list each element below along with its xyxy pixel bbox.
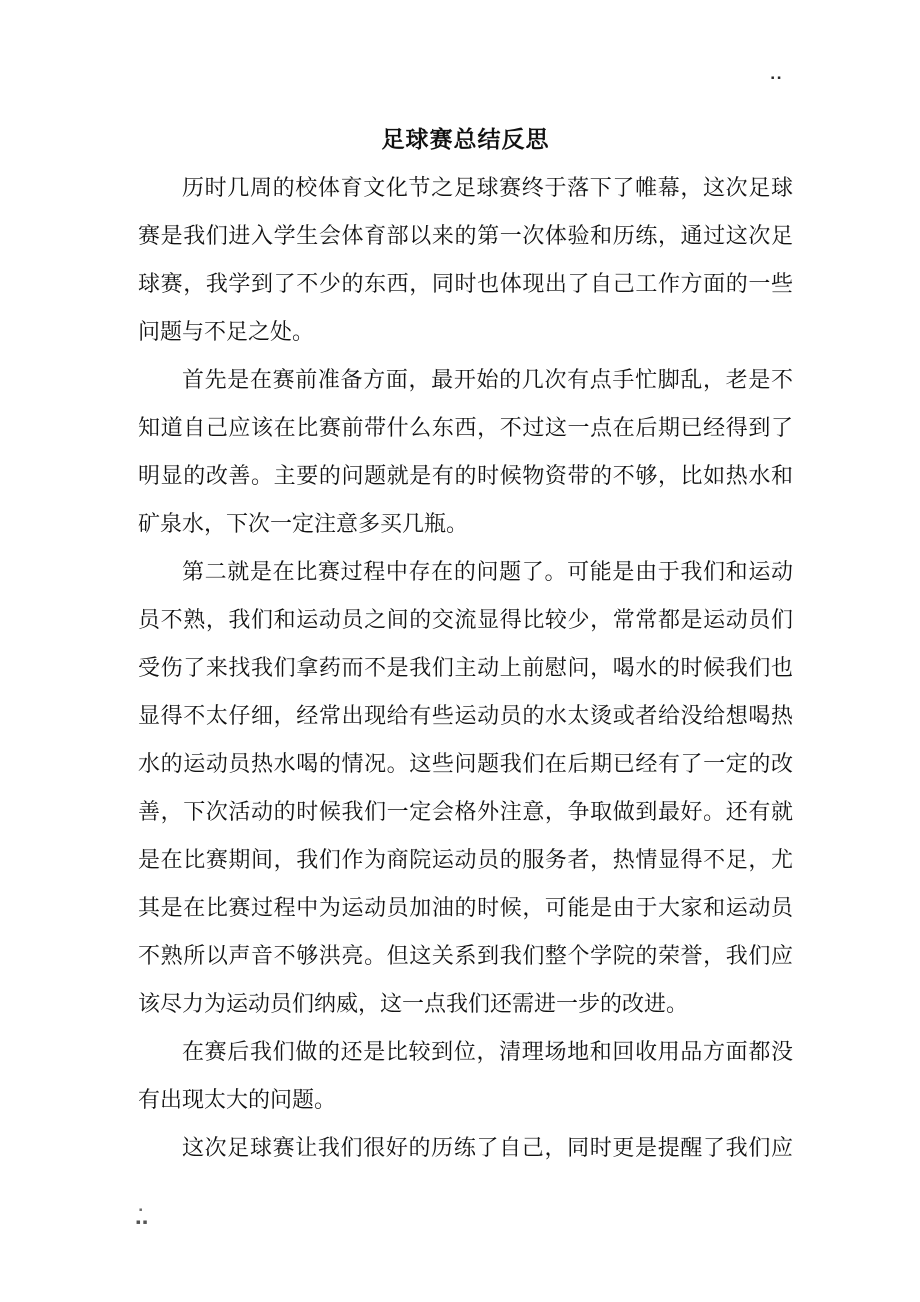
- scan-artifact-bottom-left-upper: ▪: [139, 1208, 142, 1213]
- paragraph-preparation: 首先是在赛前准备方面，最开始的几次有点手忙脚乱，老是不知道自己应该在比赛前带什么…: [138, 356, 793, 548]
- paragraph-after-match: 在赛后我们做的还是比较到位，清理场地和回收用品方面都没有出现太大的问题。: [138, 1028, 793, 1124]
- document-page: ▪▪ 足球赛总结反思 历时几周的校体育文化节之足球赛终于落下了帷幕，这次足球赛是…: [0, 0, 920, 1302]
- scan-artifact-top-right: ▪▪: [771, 76, 784, 81]
- document-title: 足球赛总结反思: [138, 116, 793, 164]
- paragraph-intro: 历时几周的校体育文化节之足球赛终于落下了帷幕，这次足球赛是我们进入学生会体育部以…: [138, 164, 793, 356]
- scan-artifact-bottom-left-lower: ▪▪: [136, 1219, 150, 1226]
- document-content: 足球赛总结反思 历时几周的校体育文化节之足球赛终于落下了帷幕，这次足球赛是我们进…: [138, 116, 793, 1172]
- paragraph-during-match: 第二就是在比赛过程中存在的问题了。可能是由于我们和运动员不熟，我们和运动员之间的…: [138, 548, 793, 1028]
- paragraph-conclusion-cut: 这次足球赛让我们很好的历练了自己，同时更是提醒了我们应: [138, 1124, 793, 1172]
